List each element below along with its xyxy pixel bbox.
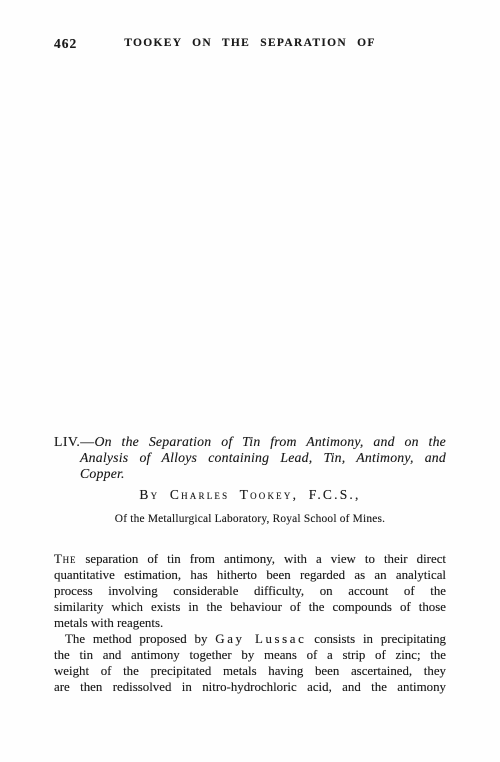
text-line: The method proposed by Gay Lussac consis… [54,631,446,647]
text-line: LIV.—On the Separation of Tin from Antim… [54,434,446,450]
text-segment: On the Separation of Tin from Antimony, … [94,434,446,449]
text-segment: Copper. [80,466,125,481]
text-line: are then redissolved in nitro-hydrochlor… [54,679,446,695]
text-segment: weight of the precipitated metals having… [54,664,446,678]
affiliation: Of the Metallurgical Laboratory, Royal S… [54,513,446,525]
text-segment: consists in precipitating [306,632,446,646]
text-segment: metals with reagents. [54,616,163,630]
journal-page: 462 TOOKEY ON THE SEPARATION OF LIV.—On … [0,0,500,762]
page-header: 462 TOOKEY ON THE SEPARATION OF [54,36,446,54]
text-segment: quantitative estimation, has hitherto be… [54,568,446,582]
byline: By Charles Tookey, F.C.S., [54,487,446,503]
paragraph: The separation of tin from antimony, wit… [54,551,446,631]
article-title: LIV.—On the Separation of Tin from Antim… [54,434,446,482]
paragraph: The method proposed by Gay Lussac consis… [54,631,446,695]
text-segment: separation of tin from antimony, with a … [76,552,446,566]
text-segment: LIV.— [54,434,94,449]
text-segment: similarity which exists in the behaviour… [54,600,446,614]
text-line: Analysis of Alloys containing Lead, Tin,… [54,450,446,466]
text-segment: the tin and antimony together by means o… [54,648,446,662]
text-line: quantitative estimation, has hitherto be… [54,567,446,583]
text-segment: Analysis of Alloys containing Lead, Tin,… [80,450,446,465]
page-number: 462 [54,36,77,52]
running-title: TOOKEY ON THE SEPARATION OF [54,36,446,49]
text-segment: The method proposed by [65,632,215,646]
article-body: The separation of tin from antimony, wit… [54,551,446,695]
text-segment: process involving considerable difficult… [54,584,446,598]
text-line: similarity which exists in the behaviour… [54,599,446,615]
text-line: the tin and antimony together by means o… [54,647,446,663]
text-segment: Gay Lussac [215,632,306,646]
text-line: weight of the precipitated metals having… [54,663,446,679]
text-line: Copper. [54,466,446,482]
text-line: The separation of tin from antimony, wit… [54,551,446,567]
text-segment: The [54,552,76,566]
text-line: process involving considerable difficult… [54,583,446,599]
text-segment: are then redissolved in nitro-hydrochlor… [54,680,446,694]
text-line: metals with reagents. [54,615,446,631]
